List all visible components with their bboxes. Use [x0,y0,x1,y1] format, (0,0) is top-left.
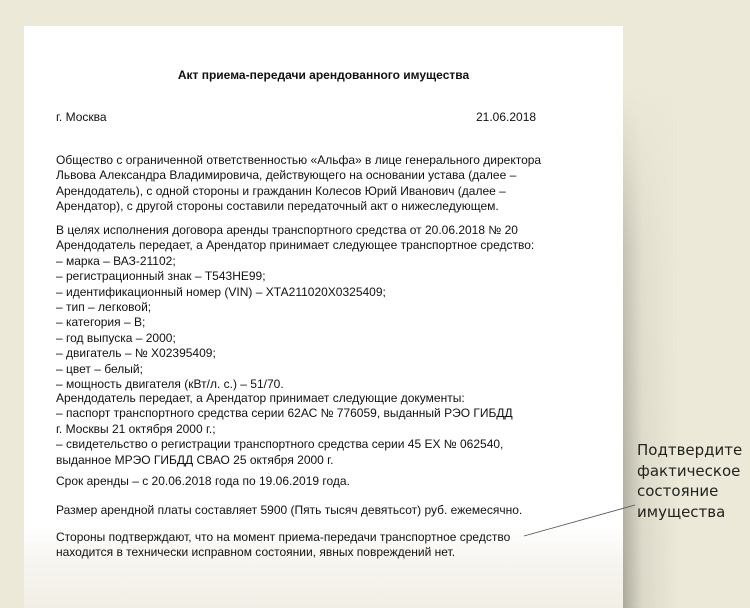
document-title: Акт приема-передачи арендованного имущес… [24,68,623,83]
text-line: В целях исполнения договора аренды транс… [56,223,576,238]
list-item: – год выпуска – 2000; [56,331,576,346]
list-item: – тип – легковой; [56,300,576,315]
list-item: – категория – В; [56,315,576,330]
list-item: – идентификационный номер (VIN) – ХТА211… [56,285,576,300]
document-place: г. Москва [56,110,107,125]
text-line: г. Москвы 21 октября 2000 г.; [56,422,576,437]
list-item: – марка – ВАЗ-21102; [56,254,576,269]
page-shadow [623,90,678,608]
text-line: Арендатор), с другой стороны составили п… [56,199,576,214]
annotation-line: имущества [637,502,742,523]
list-item: – свидетельство о регистрации транспортн… [56,437,576,452]
document-page: Акт приема-передачи арендованного имущес… [24,26,623,608]
text-line: Размер арендной платы составляет 5900 (П… [56,503,576,518]
text-line: Срок аренды – с 20.06.2018 года по 19.06… [56,474,576,489]
document-date: 21.06.2018 [476,110,536,125]
list-item: – цвет – белый; [56,362,576,377]
text-line: Общество с ограниченной ответственностью… [56,153,576,168]
list-item: – регистрационный знак – Т543НЕ99; [56,269,576,284]
text-line: выданное МРЭО ГИБДД СВАО 25 октября 2000… [56,453,576,468]
text-line: находится в технически исправном состоян… [56,545,576,560]
annotation-line: состояние [637,481,742,502]
list-item: – двигатель – № Х02395409; [56,346,576,361]
paragraph-rent: Размер арендной платы составляет 5900 (П… [56,503,576,518]
paragraph-vehicle: В целях исполнения договора аренды транс… [56,223,576,392]
paragraph-term: Срок аренды – с 20.06.2018 года по 19.06… [56,474,576,489]
text-line: Стороны подтверждают, что на момент прие… [56,530,576,545]
paragraph-condition: Стороны подтверждают, что на момент прие… [56,530,576,561]
text-line: Арендодатель передает, а Арендатор прини… [56,238,576,253]
annotation-line: Подтвердите [637,440,742,461]
paragraph-documents: Арендодатель передает, а Арендатор прини… [56,391,576,468]
text-line: Арендодатель передает, а Арендатор прини… [56,391,576,406]
paragraph-parties: Общество с ограниченной ответственностью… [56,153,576,215]
annotation-callout: Подтвердите фактическое состояние имущес… [637,440,742,522]
annotation-line: фактическое [637,461,742,482]
text-line: Арендодатель), с одной стороны и граждан… [56,184,576,199]
text-line: Львова Александра Владимировича, действу… [56,168,576,183]
list-item: – паспорт транспортного средства серии 6… [56,406,576,421]
